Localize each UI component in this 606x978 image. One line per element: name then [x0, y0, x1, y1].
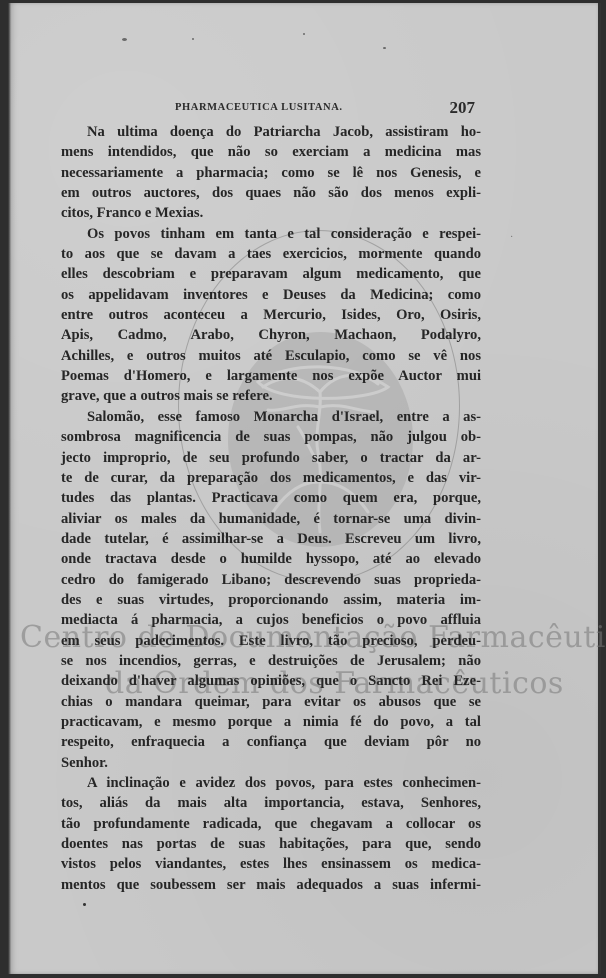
text-line: practicavam, e mesmo porque a nimia fé d… [61, 712, 481, 732]
text-line: deixando d'haver algumas opiniões, que o… [61, 671, 481, 691]
text-line: sombrosa magnificencia de suas pompas, n… [61, 427, 481, 447]
text-line: des e suas virtudes, proporcionando assi… [61, 590, 481, 610]
text-line: citos, Franco e Mexias. [61, 203, 481, 223]
text-line: elles descobriam e preparavam algum medi… [61, 264, 481, 284]
text-line: Senhor. [61, 753, 481, 773]
text-line: to aos que se davam a taes exercicios, m… [61, 244, 481, 264]
text-line: tudes das plantas. Practicava como quem … [61, 488, 481, 508]
paper-speck [303, 33, 305, 35]
text-line: cedro do famigerado Libano; descrevendo … [61, 570, 481, 590]
text-line: em seus padecimentos. Este livro, tão pr… [61, 631, 481, 651]
text-line: grave, que a outros mais se refere. [61, 386, 481, 406]
running-title: PHARMACEUTICA LUSITANA. [175, 102, 343, 113]
text-line: vistos pelos viandantes, estes lhes ensi… [61, 854, 481, 874]
paper-speck [83, 903, 86, 906]
page-right-edge [598, 3, 601, 974]
text-line: mens intendidos, que não so exerciam a m… [61, 142, 481, 162]
page-number: 207 [450, 98, 476, 118]
text-line: Achilles, e outros muitos até Esculapio,… [61, 346, 481, 366]
text-line: se nos incendios, gerras, e destruições … [61, 651, 481, 671]
text-line: Na ultima doença do Patriarcha Jacob, as… [61, 122, 481, 142]
text-line: Salomão, esse famoso Monarcha d'Israel, … [61, 407, 481, 427]
text-line: chias o mandara queimar, para evitar os … [61, 692, 481, 712]
text-line: em outros auctores, dos quaes não são do… [61, 183, 481, 203]
text-line: doentes nas portas de suas habitações, p… [61, 834, 481, 854]
text-line: Apis, Cadmo, Arabo, Chyron, Machaon, Pod… [61, 325, 481, 345]
text-line: Os povos tinham em tanta e tal considera… [61, 224, 481, 244]
text-line: necessariamente a pharmacia; como se lê … [61, 163, 481, 183]
paper-speck [383, 47, 386, 49]
text-line: tão profundamente radicada, que chegavam… [61, 814, 481, 834]
text-line: mediacta á pharmacia, a cujos beneficios… [61, 610, 481, 630]
text-line: tos, aliás da mais alta importancia, est… [61, 793, 481, 813]
text-line: onde tractava desde o humilde hyssopo, a… [61, 549, 481, 569]
paper-speck [122, 38, 127, 41]
margin-mark: · [510, 232, 513, 243]
text-line: entre outros aconteceu a Mercurio, Iside… [61, 305, 481, 325]
text-line: dade tutelar, é assimilhar-se a Deus. Es… [61, 529, 481, 549]
body-text: Na ultima doença do Patriarcha Jacob, as… [61, 122, 481, 895]
paper-speck [192, 38, 194, 40]
text-line: respeito, enfraquecia a confiança que de… [61, 732, 481, 752]
text-line: aliviar os males da humanidade, é tornar… [61, 509, 481, 529]
text-line: A inclinação e avidez dos povos, para es… [61, 773, 481, 793]
text-line: os appelidavam inventores e Deuses da Me… [61, 285, 481, 305]
text-line: jecto improprio, de seu profundo saber, … [61, 448, 481, 468]
text-line: te de curar, da preparação dos medicamen… [61, 468, 481, 488]
text-line: mentos que soubessem ser mais adequados … [61, 875, 481, 895]
page-gutter-shadow [8, 3, 11, 974]
text-line: Poemas d'Homero, e largamente nos expõe … [61, 366, 481, 386]
running-head: PHARMACEUTICA LUSITANA. 207 [175, 98, 475, 118]
